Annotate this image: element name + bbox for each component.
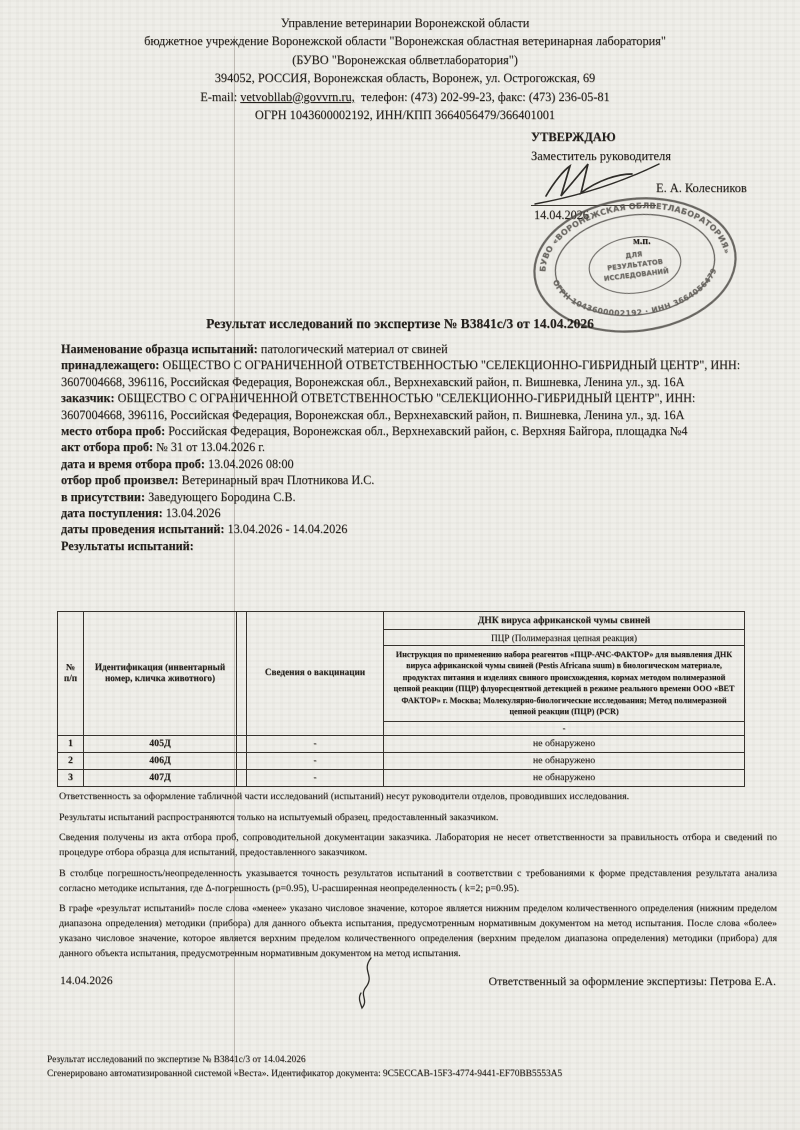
footnotes-block: Ответственность за оформление табличной … xyxy=(59,789,777,967)
spacer-cell xyxy=(237,752,247,769)
info-label: заказчик: xyxy=(61,391,115,405)
footnote: В столбце погрешность/неопределенность у… xyxy=(59,866,777,896)
info-label: даты проведения испытаний: xyxy=(61,522,225,536)
info-label: в присутствии: xyxy=(61,490,145,504)
info-label: дата и время отбора проб: xyxy=(61,457,205,471)
signoff-date: 14.04.2026 xyxy=(60,974,113,987)
letterhead: Управление ветеринарии Воронежской облас… xyxy=(55,14,755,124)
spacer-cell xyxy=(237,769,247,786)
info-value: 13.04.2026 08:00 xyxy=(208,457,294,471)
spacer-column xyxy=(237,612,247,736)
footer-expertise-line: Результат исследований по экспертизе № В… xyxy=(47,1053,767,1067)
row-result: не обнаружено xyxy=(384,769,745,786)
info-label: дата поступления: xyxy=(61,506,163,520)
row-num: 2 xyxy=(58,752,84,769)
document-footer: Результат исследований по экспертизе № В… xyxy=(47,1053,767,1081)
info-line: дата и время отбора проб: 13.04.2026 08:… xyxy=(61,456,758,472)
method-description: Инструкция по применению набора реагенто… xyxy=(384,646,745,722)
row-result: не обнаружено xyxy=(384,735,745,752)
info-line: Наименование образца испытаний: патологи… xyxy=(61,341,758,357)
stamp-place-label: м.п. xyxy=(633,236,651,247)
info-label: принадлежащего: xyxy=(61,358,159,372)
col-header-vaccination: Сведения о вакцинации xyxy=(247,612,384,736)
row-id: 407Д xyxy=(84,769,237,786)
info-value: 13.04.2026 xyxy=(166,506,221,520)
info-label: акт отбора проб: xyxy=(61,440,153,454)
method-short-header: ПЦР (Полимеразная цепная реакция) xyxy=(384,630,745,646)
info-line: дата поступления: 13.04.2026 xyxy=(61,505,758,521)
info-line: отбор проб произвел: Ветеринарный врач П… xyxy=(61,472,758,488)
org-address: 394052, РОССИЯ, Воронежская область, Вор… xyxy=(55,69,755,87)
analyte-header: ДНК вируса африканской чумы свиней xyxy=(384,612,745,630)
info-line: заказчик: ОБЩЕСТВО С ОГРАНИЧЕННОЙ ОТВЕТС… xyxy=(61,390,758,423)
row-vaccination: - xyxy=(247,735,384,752)
email-text: vetvobllab@govvrn.ru, xyxy=(240,90,354,104)
col-header-identification: Идентификация (инвентарный номер, кличка… xyxy=(84,612,237,736)
phone-fax-text: телефон: (473) 202-99-23, факс: (473) 23… xyxy=(361,90,610,104)
org-registration-numbers: ОГРН 1043600002192, ИНН/КПП 3664056479/3… xyxy=(55,106,755,124)
info-line: акт отбора проб: № 31 от 13.04.2026 г. xyxy=(61,439,758,455)
table-row: 1 405Д - не обнаружено xyxy=(58,735,745,752)
info-label: Наименование образца испытаний: xyxy=(61,342,258,356)
info-line: даты проведения испытаний: 13.04.2026 - … xyxy=(61,521,758,537)
footnote: Ответственность за оформление табличной … xyxy=(59,789,777,804)
table-row: 2 406Д - не обнаружено xyxy=(58,752,745,769)
dash-subrow: - xyxy=(384,721,745,735)
document-title: Результат исследований по экспертизе № В… xyxy=(0,316,800,332)
footnote: В графе «результат испытаний» после слов… xyxy=(59,901,777,961)
org-authority: Управление ветеринарии Воронежской облас… xyxy=(55,14,755,32)
info-value: № 31 от 13.04.2026 г. xyxy=(156,440,265,454)
info-value: ОБЩЕСТВО С ОГРАНИЧЕННОЙ ОТВЕТСТВЕННОСТЬЮ… xyxy=(61,391,695,421)
results-table: № п/п Идентификация (инвентарный номер, … xyxy=(57,611,745,787)
org-fullname: бюджетное учреждение Воронежской области… xyxy=(55,32,755,50)
row-num: 1 xyxy=(58,735,84,752)
info-value: Российская Федерация, Воронежская обл., … xyxy=(168,424,687,438)
row-id: 406Д xyxy=(84,752,237,769)
info-value: Заведующего Бородина С.В. xyxy=(148,490,295,504)
info-label: отбор проб произвел: xyxy=(61,473,179,487)
info-value: патологический материал от свиней xyxy=(261,342,448,356)
col-header-num: № п/п xyxy=(58,612,84,736)
row-num: 3 xyxy=(58,769,84,786)
row-vaccination: - xyxy=(247,752,384,769)
org-contacts: E-mail: vetvobllab@govvrn.ru, телефон: (… xyxy=(55,88,755,106)
row-result: не обнаружено xyxy=(384,752,745,769)
info-line: Результаты испытаний: xyxy=(61,538,758,554)
responsible-person-line: Ответственный за оформление экспертизы: … xyxy=(489,974,776,989)
row-vaccination: - xyxy=(247,769,384,786)
table-row: 3 407Д - не обнаружено xyxy=(58,769,745,786)
footer-generator-line: Сгенерировано автоматизированной системо… xyxy=(47,1067,767,1081)
info-value: Ветеринарный врач Плотникова И.С. xyxy=(182,473,375,487)
info-label: место отбора проб: xyxy=(61,424,165,438)
info-label: Результаты испытаний: xyxy=(61,539,194,553)
email-label: E-mail: xyxy=(200,90,237,104)
info-value: 13.04.2026 - 14.04.2026 xyxy=(228,522,348,536)
footnote: Результаты испытаний распространяются то… xyxy=(59,810,777,825)
spacer-cell xyxy=(237,735,247,752)
info-line: принадлежащего: ОБЩЕСТВО С ОГРАНИЧЕННОЙ … xyxy=(61,357,758,390)
sample-info-block: Наименование образца испытаний: патологи… xyxy=(61,341,758,554)
responsible-signature xyxy=(347,955,389,1013)
info-value: ОБЩЕСТВО С ОГРАНИЧЕННОЙ ОТВЕТСТВЕННОСТЬЮ… xyxy=(61,358,740,388)
stamp-center-line1: ДЛЯ xyxy=(625,250,643,260)
info-line: в присутствии: Заведующего Бородина С.В. xyxy=(61,489,758,505)
scanned-lab-report-page: Управление ветеринарии Воронежской облас… xyxy=(0,0,800,1130)
info-line: место отбора проб: Российская Федерация,… xyxy=(61,423,758,439)
org-shortname: (БУВО "Воронежская облветлаборатория") xyxy=(55,51,755,69)
approval-word: УТВЕРЖДАЮ xyxy=(531,128,671,147)
footnote: Сведения получены из акта отбора проб, с… xyxy=(59,830,777,860)
row-id: 405Д xyxy=(84,735,237,752)
